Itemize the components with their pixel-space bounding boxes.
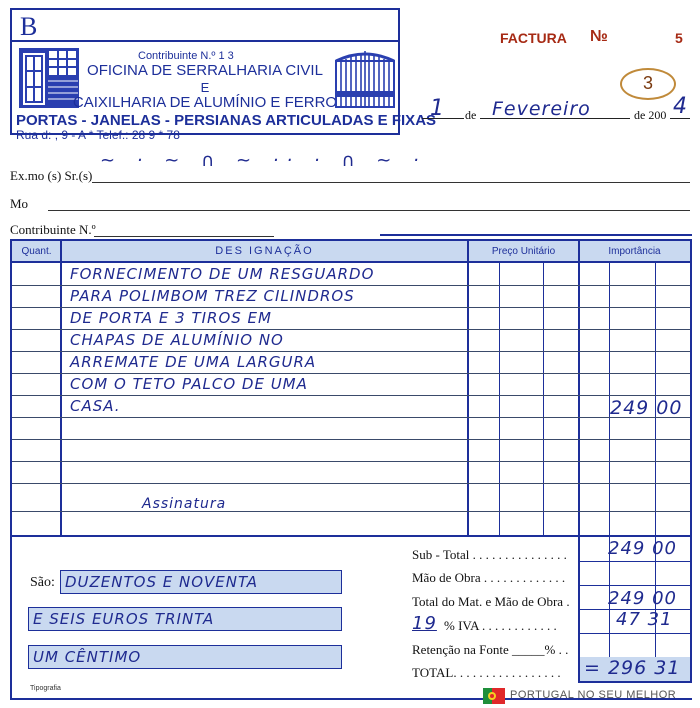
description-line: CHAPAS DE ALUMÍNIO NO bbox=[70, 331, 284, 349]
company-slogan: PORTAS - JANELAS - PERSIANAS ARTICULADAS… bbox=[16, 112, 436, 129]
row-line bbox=[12, 483, 690, 484]
totals-column: 249 00 249 00 47 31 = 296 31 bbox=[578, 535, 692, 683]
company-header: B Contribuinte N.º 1 3 OFICINA DE SERRAL… bbox=[10, 8, 400, 135]
description-line: ARREMATE DE UMA LARGURA bbox=[70, 353, 316, 371]
mat-labor-label: Total do Mat. e Mão de Obra . bbox=[412, 594, 570, 610]
line-amount: 249 00 bbox=[610, 397, 682, 419]
iva-rate: 19 bbox=[412, 613, 437, 634]
row-line bbox=[12, 285, 690, 286]
description-line: PARA POLIMBOM TREZ CILINDROS bbox=[70, 287, 355, 305]
col-unit-price: Preço Unitário bbox=[468, 241, 579, 263]
row-line bbox=[12, 417, 690, 418]
row-line bbox=[580, 561, 690, 562]
description-line: DE PORTA E 3 TIROS EM bbox=[70, 309, 272, 327]
total-label: TOTAL. . . . . . . . . . . . . . . . . bbox=[412, 665, 561, 681]
subtotal-value: 249 00 bbox=[608, 538, 677, 559]
col-divider bbox=[543, 263, 544, 535]
row-line bbox=[12, 329, 690, 330]
date-year-digit: 4 bbox=[673, 94, 688, 119]
year-underline bbox=[670, 118, 690, 119]
watermark-text: PORTUGAL NO SEU MELHOR bbox=[510, 689, 676, 701]
signature: Assinatura bbox=[142, 496, 226, 512]
col-divider bbox=[499, 263, 500, 535]
company-address: Rua d: , 9 - A * Telef.: 28 9 * 78 bbox=[16, 128, 180, 142]
row-line bbox=[12, 395, 690, 396]
invoice-number: 5 bbox=[675, 30, 683, 46]
header-rule bbox=[12, 40, 398, 42]
iva-label: % IVA . . . . . . . . . . . . bbox=[444, 618, 557, 634]
retention-label: Retenção na Fonte _____% . . bbox=[412, 642, 568, 658]
customer-address-label: Mo bbox=[10, 196, 28, 212]
amount-words-line3[interactable]: UM CÊNTIMO bbox=[28, 645, 342, 669]
amount-words-label: São: bbox=[30, 575, 55, 591]
series-letter: B bbox=[20, 12, 37, 42]
col-quantity: Quant. bbox=[12, 241, 61, 263]
row-line bbox=[12, 307, 690, 308]
items-table: Quant. DES IGNAÇÃO Preço Unitário Import… bbox=[10, 239, 692, 537]
date-day: 1 bbox=[430, 96, 445, 121]
row-line bbox=[580, 585, 690, 586]
iva-value: 47 31 bbox=[616, 609, 673, 630]
typography-credit: Tipografia bbox=[30, 685, 61, 692]
portugal-flag-icon bbox=[483, 688, 505, 704]
amount-words-line2[interactable]: E SEIS EUROS TRINTA bbox=[28, 607, 342, 631]
amount-words-line1[interactable]: DUZENTOS E NOVENTA bbox=[60, 570, 342, 594]
subtotal-label: Sub - Total . . . . . . . . . . . . . . … bbox=[412, 547, 567, 563]
customer-name-scribble: ~ · ~ ∩ ~ ·· · ∩ ~ · bbox=[100, 150, 427, 171]
row-line bbox=[12, 461, 690, 462]
number-symbol: № bbox=[590, 28, 608, 46]
labor-label: Mão de Obra . . . . . . . . . . . . . bbox=[412, 570, 565, 586]
customer-tax-label: Contribuinte N.º bbox=[10, 222, 96, 238]
row-line bbox=[12, 373, 690, 374]
date-de2: de 200 bbox=[634, 108, 666, 123]
customer-name-label: Ex.mo (s) Sr.(s) bbox=[10, 168, 92, 184]
date-de1: de bbox=[465, 108, 476, 123]
description-line: CASA. bbox=[70, 397, 121, 415]
mat-labor-value: 249 00 bbox=[608, 588, 677, 609]
description-line: COM O TETO PALCO DE UMA bbox=[70, 375, 308, 393]
customer-tax-field[interactable] bbox=[94, 236, 274, 237]
col-description: DES IGNAÇÃO bbox=[61, 241, 468, 263]
customer-address-field[interactable] bbox=[48, 210, 690, 211]
col-amount: Importância bbox=[579, 241, 690, 263]
customer-name-field[interactable] bbox=[92, 182, 690, 183]
company-tax-id: Contribuinte N.º 1 3 bbox=[138, 50, 234, 62]
iron-gate-icon bbox=[334, 47, 396, 109]
row-line bbox=[580, 633, 690, 634]
date-month: Fevereiro bbox=[492, 98, 591, 120]
circled-mark: 3 bbox=[620, 68, 676, 100]
total-value: = 296 31 bbox=[584, 657, 680, 679]
tax-field-rule bbox=[380, 234, 692, 236]
row-line bbox=[12, 351, 690, 352]
invoice-title: FACTURA bbox=[500, 30, 567, 46]
row-line bbox=[12, 511, 690, 512]
description-line: FORNECIMENTO DE UM RESGUARDO bbox=[70, 265, 374, 283]
row-line bbox=[12, 439, 690, 440]
